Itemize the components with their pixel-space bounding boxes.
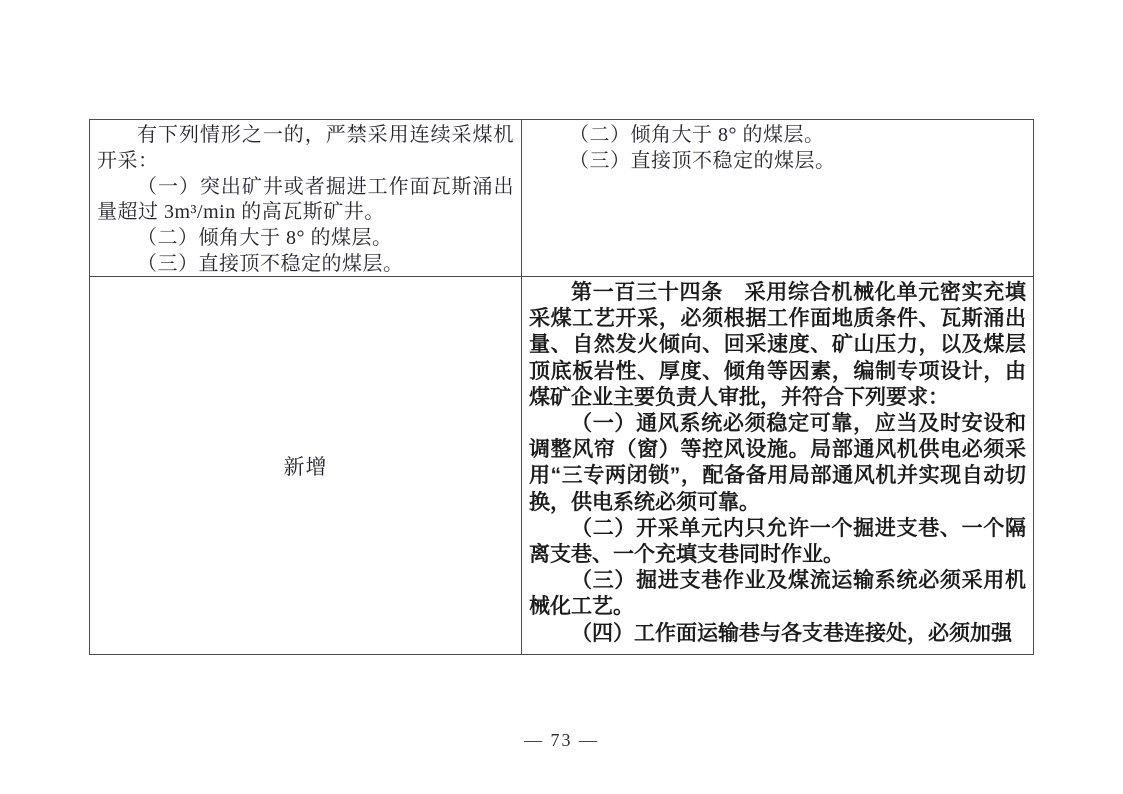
article-paragraph: 第一百三十四条 采用综合机械化单元密实充填采煤工艺开采，必须根据工作面地质条件、… xyxy=(529,280,1026,411)
page-number: — 73 — xyxy=(0,730,1123,751)
old-version-cell: 有下列情形之一的，严禁采用连续采煤机开采： （一）突出矿井或者掘进工作面瓦斯涌出… xyxy=(90,120,522,277)
old-text-paragraph: （二）倾角大于 8° 的煤层。 xyxy=(97,226,514,252)
article-paragraph: （三）掘进支巷作业及煤流运输系统必须采用机械化工艺。 xyxy=(529,568,1026,620)
old-text-paragraph: （三）直接顶不稳定的煤层。 xyxy=(97,252,514,277)
new-text-paragraph: （二）倾角大于 8° 的煤层。 xyxy=(529,123,1026,149)
article-134-cell: 第一百三十四条 采用综合机械化单元密实充填采煤工艺开采，必须根据工作面地质条件、… xyxy=(522,277,1033,654)
article-paragraph: （一）通风系统必须稳定可靠，应当及时安设和调整风帘（窗）等控风设施。局部通风机供… xyxy=(529,411,1026,516)
new-text-paragraph: （三）直接顶不稳定的煤层。 xyxy=(529,149,1026,175)
old-text-paragraph: （一）突出矿井或者掘进工作面瓦斯涌出量超过 3m³/min 的高瓦斯矿井。 xyxy=(97,175,514,227)
article-paragraph: （二）开采单元内只允许一个掘进支巷、一个隔离支巷、一个充填支巷同时作业。 xyxy=(529,516,1026,568)
new-addition-cell: 新增 xyxy=(90,277,522,654)
article-paragraph: （四）工作面运输巷与各支巷连接处，必须加强 xyxy=(529,621,1026,647)
document-page: { "document": { "page_number": "— 73 —" … xyxy=(0,0,1123,794)
new-addition-label: 新增 xyxy=(284,451,328,481)
comparison-table: 有下列情形之一的，严禁采用连续采煤机开采： （一）突出矿井或者掘进工作面瓦斯涌出… xyxy=(89,119,1034,655)
new-version-cell: （二）倾角大于 8° 的煤层。 （三）直接顶不稳定的煤层。 xyxy=(522,120,1033,277)
old-text-paragraph: 有下列情形之一的，严禁采用连续采煤机开采： xyxy=(97,123,514,175)
